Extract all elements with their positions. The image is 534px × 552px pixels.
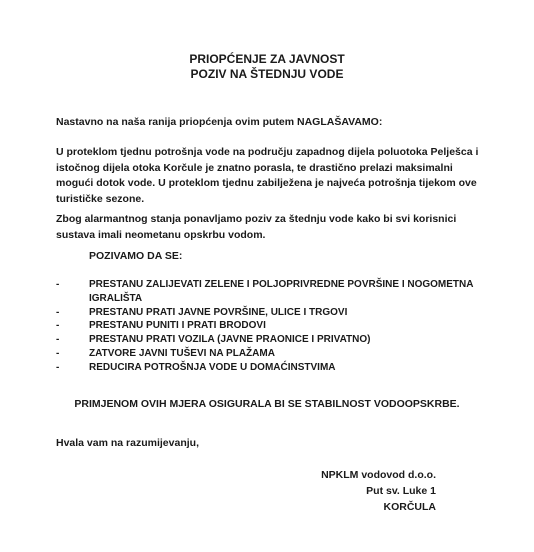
measures-list: -PRESTANU ZALIJEVATI ZELENE I POLJOPRIVR… (56, 278, 476, 375)
list-item: -REDUCIRA POTROŠNJA VODE U DOMAĆINSTVIMA (56, 361, 476, 375)
list-item-text: PRESTANU ZALIJEVATI ZELENE I POLJOPRIVRE… (89, 279, 473, 304)
list-item: -PRESTANU PUNITI I PRATI BRODOVI (56, 319, 476, 333)
dash-bullet: - (56, 333, 59, 347)
list-item-text: ZATVORE JAVNI TUŠEVI NA PLAŽAMA (89, 348, 275, 359)
document-subtitle: POZIV NA ŠTEDNJU VODE (0, 66, 534, 82)
signature-block: NPKLM vodovod d.o.o. Put sv. Luke 1 KORČ… (321, 467, 436, 515)
signature-address: Put sv. Luke 1 (321, 483, 436, 499)
list-item-text: PRESTANU PRATI VOZILA (JAVNE PRAONICE I … (89, 334, 371, 345)
closing-statement: PRIMJENOM OVIH MJERA OSIGURALA BI SE STA… (0, 397, 534, 412)
list-item-text: PRESTANU PUNITI I PRATI BRODOVI (89, 320, 266, 331)
list-item-text: REDUCIRA POTROŠNJA VODE U DOMAĆINSTVIMA (89, 362, 336, 373)
dash-bullet: - (56, 361, 59, 375)
intro-text: Nastavno na naša ranija priopćenja ovim … (56, 115, 486, 131)
list-item: -PRESTANU PRATI JAVNE POVRŠINE, ULICE I … (56, 306, 476, 320)
list-item: -PRESTANU ZALIJEVATI ZELENE I POLJOPRIVR… (56, 278, 476, 306)
dash-bullet: - (56, 319, 59, 333)
list-item: -ZATVORE JAVNI TUŠEVI NA PLAŽAMA (56, 347, 476, 361)
paragraph-appeal: Zbog alarmantnog stanja ponavljamo poziv… (56, 212, 486, 243)
document-title: PRIOPĆENJE ZA JAVNOST (0, 51, 534, 67)
signature-company: NPKLM vodovod d.o.o. (321, 467, 436, 483)
list-item: -PRESTANU PRATI VOZILA (JAVNE PRAONICE I… (56, 333, 476, 347)
signature-city: KORČULA (321, 499, 436, 515)
thanks-text: Hvala vam na razumijevanju, (56, 436, 199, 451)
call-heading: POZIVAMO DA SE: (89, 249, 182, 264)
paragraph-consumption: U proteklom tjednu potrošnja vode na pod… (56, 145, 486, 207)
dash-bullet: - (56, 306, 59, 320)
list-item-text: PRESTANU PRATI JAVNE POVRŠINE, ULICE I T… (89, 307, 347, 318)
dash-bullet: - (56, 347, 59, 361)
dash-bullet: - (56, 278, 59, 292)
